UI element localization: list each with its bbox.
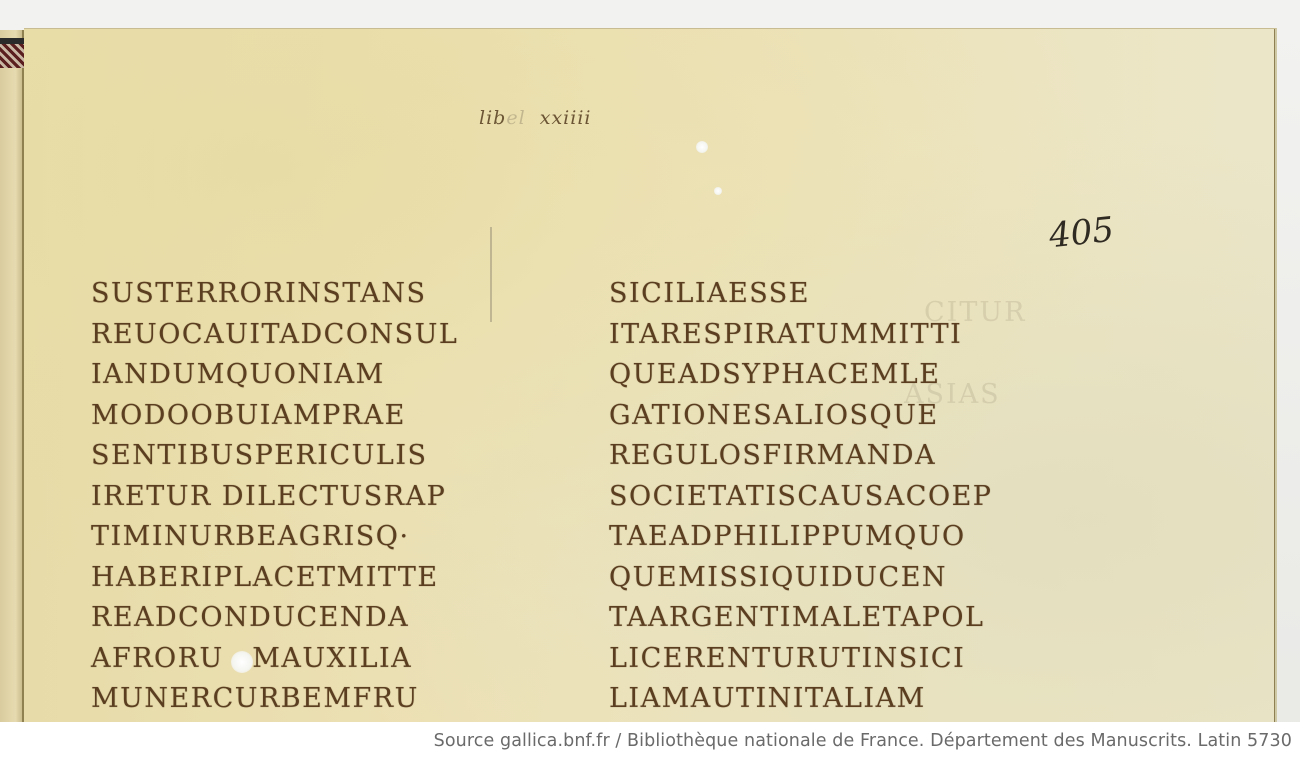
parchment-hole [696, 141, 708, 153]
manuscript-line: MUNERCURBEMFRU [91, 679, 458, 720]
manuscript-line: TAEADPHILIPPUMQUO [609, 517, 992, 558]
manuscript-line: QUEMISSIQUIDUCEN [609, 558, 992, 599]
running-title: libel xxiiii [479, 107, 592, 129]
manuscript-line: HABERIPLACETMITTE [91, 558, 458, 599]
source-caption: Source gallica.bnf.fr / Bibliothèque nat… [434, 731, 1292, 751]
running-title-book-number: xxiiii [540, 107, 592, 129]
manuscript-line: READCONDUCENDA [91, 598, 458, 639]
text-column-left: SUSTERRORINSTANS REUOCAUITADCONSUL IANDU… [91, 274, 458, 720]
manuscript-line: ITARESPIRATUMMITTI [609, 315, 992, 356]
running-title-faded: el [506, 107, 525, 129]
manuscript-line: AFRORU MAUXILIA [91, 639, 458, 680]
manuscript-line: TIMINURBEAGRISQ· [91, 517, 458, 558]
manuscript-line: IRETUR DILECTUSRAP [91, 477, 458, 518]
manuscript-line: SOCIETATISCAUSACOEP [609, 477, 992, 518]
text-column-right: SICILIAESSE ITARESPIRATUMMITTI QUEADSYPH… [609, 274, 992, 720]
running-title-lib: lib [479, 107, 506, 129]
ruling-mark [490, 227, 492, 322]
manuscript-line: QUEADSYPHACEMLE [609, 355, 992, 396]
source-caption-bar: Source gallica.bnf.fr / Bibliothèque nat… [0, 722, 1300, 759]
manuscript-scan: libel xxiiii 405 CITUR ASIAS SUSTERRORIN… [0, 0, 1300, 759]
manuscript-line: REUOCAUITADCONSUL [91, 315, 458, 356]
manuscript-line: REGULOSFIRMANDA [609, 436, 992, 477]
manuscript-line: TAARGENTIMALETAPOL [609, 598, 992, 639]
manuscript-line: SENTIBUSPERICULIS [91, 436, 458, 477]
folio-number: 405 [1047, 210, 1116, 257]
manuscript-line: MODOOBUIAMPRAE [91, 396, 458, 437]
binding-thread [0, 38, 24, 68]
manuscript-line: IANDUMQUONIAM [91, 355, 458, 396]
parchment-hole [231, 651, 253, 673]
manuscript-line-incipit: SICILIAESSE [609, 274, 992, 315]
manuscript-line: SUSTERRORINSTANS [91, 274, 458, 315]
parchment-folio: libel xxiiii 405 CITUR ASIAS SUSTERRORIN… [24, 28, 1277, 730]
manuscript-line: LICERENTURUTINSICI [609, 639, 992, 680]
manuscript-line: GATIONESALIOSQUE [609, 396, 992, 437]
manuscript-line: LIAMAUTINITALIAM [609, 679, 992, 720]
facing-page-edge [0, 30, 24, 730]
parchment-hole [714, 187, 722, 195]
